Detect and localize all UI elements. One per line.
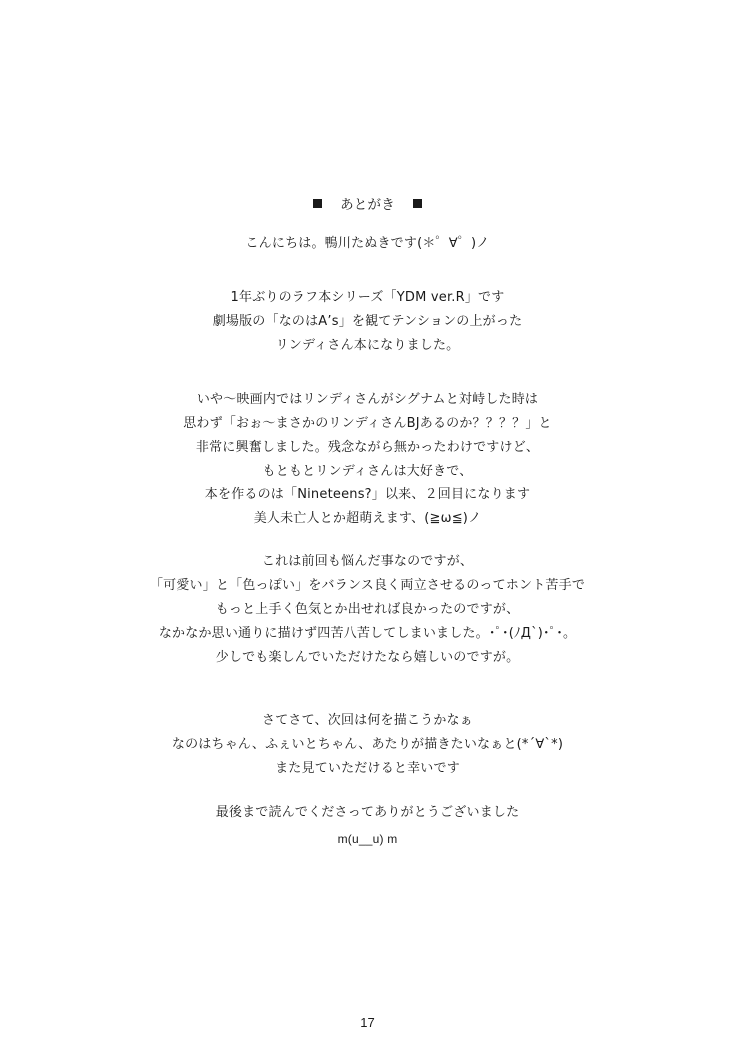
- greeting-line: こんにちは。鴨川たぬきです(＊゜∀゜)ノ: [0, 236, 735, 252]
- heading-title: あとがき: [340, 197, 395, 213]
- paragraph-line: 本を作るのは「Nineteens?」以来、２回目になります: [0, 487, 735, 503]
- paragraph-line: もっと上手く色気とか出せれば良かったのですが、: [0, 602, 735, 618]
- afterword-heading: あとがき: [0, 197, 735, 213]
- document-page: あとがき こんにちは。鴨川たぬきです(＊゜∀゜)ノ 1年ぶりのラフ本シリーズ「Y…: [0, 0, 735, 1050]
- paragraph-line: 美人未亡人とか超萌えます、(≧ω≦)ノ: [0, 511, 735, 527]
- paragraph-line: さてさて、次回は何を描こうかなぁ: [0, 713, 735, 729]
- paragraph-line: 1年ぶりのラフ本シリーズ「YDM ver.R」です: [0, 290, 735, 306]
- page-number: 17: [0, 1015, 735, 1030]
- paragraph-line: いや～映画内ではリンディさんがシグナムと対峙した時は: [0, 392, 735, 408]
- paragraph-line: リンディさん本になりました。: [0, 338, 735, 354]
- square-marker-icon: [313, 199, 322, 208]
- paragraph-line: なかなか思い通りに描けず四苦八苦してしまいました。･ﾟ･(ﾉД`)･ﾟ･。: [0, 626, 735, 642]
- square-marker-icon: [413, 199, 422, 208]
- paragraph-line: 非常に興奮しました。残念ながら無かったわけですけど、: [0, 440, 735, 456]
- paragraph-line: 少しでも楽しんでいただけたなら嬉しいのですが。: [0, 650, 735, 666]
- paragraph-line: これは前回も悩んだ事なのですが、: [0, 554, 735, 570]
- paragraph-line: 劇場版の「なのはA’s」を観てテンションの上がった: [0, 314, 735, 330]
- signature-emoticon: m(u__u) m: [0, 831, 735, 847]
- paragraph-line: なのはちゃん、ふぇいとちゃん、あたりが描きたいなぁと(*´∀`*): [0, 737, 735, 753]
- paragraph-line: もともとリンディさんは大好きで、: [0, 464, 735, 480]
- closing-line: 最後まで読んでくださってありがとうございました: [0, 805, 735, 821]
- paragraph-line: 「可愛い」と「色っぽい」をバランス良く両立させるのってホント苦手で: [0, 578, 735, 594]
- paragraph-line: 思わず「おぉ～まさかのリンディさんBJあるのか？？？？」と: [0, 416, 735, 432]
- paragraph-line: また見ていただけると幸いです: [0, 761, 735, 777]
